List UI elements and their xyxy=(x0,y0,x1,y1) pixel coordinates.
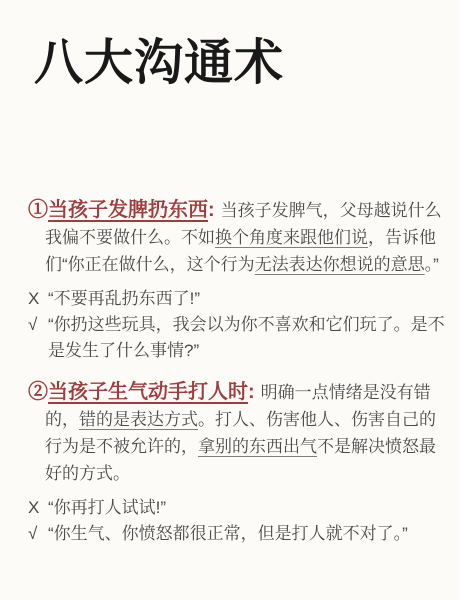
check-mark-icon: √ xyxy=(28,312,48,338)
section-hitting: ②当孩子生气动手打人时:明确一点情绪是没有错的，错的是表达方式。打人、伤害他人、… xyxy=(28,379,447,547)
wrong-example-row: X “不要再乱扔东西了!” xyxy=(28,286,447,312)
examples-block: X “你再打人试试!” √ “你生气、你愤怒都很正常，但是打人就不对了。” xyxy=(28,495,447,547)
right-example-text: “你扔这些玩具，我会以为你不喜欢和它们玩了。是不是发生了什么事情?” xyxy=(48,312,447,364)
right-example-row: √ “你生气、你愤怒都很正常，但是打人就不对了。” xyxy=(28,521,447,547)
right-example-row: √ “你扔这些玩具，我会以为你不喜欢和它们玩了。是不是发生了什么事情?” xyxy=(28,312,447,364)
section-heading-colon: : xyxy=(248,381,255,403)
right-example-text: “你生气、你愤怒都很正常，但是打人就不对了。” xyxy=(48,521,447,547)
wrong-example-text: “不要再乱扔东西了!” xyxy=(48,286,447,312)
section-throwing-things: ①当孩子发脾扔东西:当孩子发脾气，父母越说什么我偏不要做什么。不如换个角度来跟他… xyxy=(28,197,447,364)
section-number: ② xyxy=(28,381,48,403)
page-title: 八大沟通术 xyxy=(34,34,447,93)
sections-container: ①当孩子发脾扔东西:当孩子发脾气，父母越说什么我偏不要做什么。不如换个角度来跟他… xyxy=(28,197,447,547)
section-paragraph: ①当孩子发脾扔东西:当孩子发脾气，父母越说什么我偏不要做什么。不如换个角度来跟他… xyxy=(28,197,447,278)
infographic-page: 八大沟通术 ①当孩子发脾扔东西:当孩子发脾气，父母越说什么我偏不要做什么。不如换… xyxy=(0,0,459,600)
wrong-example-text: “你再打人试试!” xyxy=(48,495,447,521)
section-heading-colon: : xyxy=(208,199,215,221)
section-number: ① xyxy=(28,199,48,221)
section-heading: 当孩子发脾扔东西 xyxy=(48,199,208,221)
wrong-example-row: X “你再打人试试!” xyxy=(28,495,447,521)
section-paragraph: ②当孩子生气动手打人时:明确一点情绪是没有错的，错的是表达方式。打人、伤害他人、… xyxy=(28,379,447,487)
check-mark-icon: √ xyxy=(28,521,48,547)
section-heading: 当孩子生气动手打人时 xyxy=(48,381,248,403)
x-mark-icon: X xyxy=(28,495,48,521)
examples-block: X “不要再乱扔东西了!” √ “你扔这些玩具，我会以为你不喜欢和它们玩了。是不… xyxy=(28,286,447,364)
x-mark-icon: X xyxy=(28,286,48,312)
